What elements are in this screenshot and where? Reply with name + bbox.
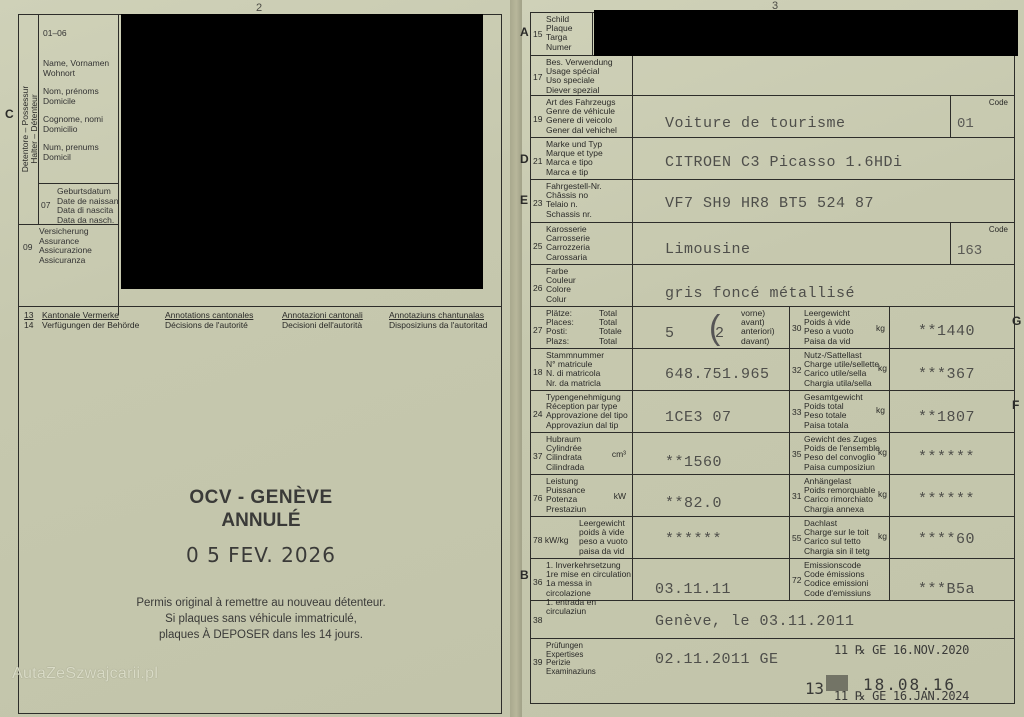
section-letter-c: C (5, 107, 14, 121)
field-07-birthdate: 07 Geburtsdatum Date de naissance Data d… (39, 185, 119, 225)
type-approval-value: 1CE3 07 (665, 409, 732, 426)
inspection-first-value: 02.11.2011 GE (655, 651, 779, 668)
cancellation-stamp-status: ANNULÉ (19, 510, 503, 532)
row-type-approval-total-weight: 24 TypengenehmigungRéception par typeApp… (531, 391, 1014, 433)
row-chassis: 23 Fahrgestell-Nr.Châssis noTelaio n.Sch… (531, 180, 1014, 223)
power-value: **82.0 (665, 495, 722, 512)
place-date-value: Genève, le 03.11.2011 (655, 613, 855, 630)
left-page: 2 Detentore – Possessur Halter – Détente… (0, 0, 515, 717)
towable-value: ****** (918, 491, 975, 508)
side-letter-d: D (520, 152, 529, 166)
row-color: 26 FarbeCouleurColoreColur gris foncé mé… (531, 265, 1014, 307)
first-registration-value: 03.11.11 (655, 581, 731, 598)
train-weight-value: ****** (918, 449, 975, 466)
body-code: 163 (957, 243, 982, 259)
inspection-stamp-prefix: 13 (805, 679, 824, 698)
body-value: Limousine (665, 241, 751, 258)
row-power-towable: 76 LeistungPuissancePotenzaPrestaziun kW… (531, 475, 1014, 517)
cancellation-stamp-note: Permis original à remettre au nouveau dé… (19, 595, 503, 643)
field-09-insurance: 09 Versicherung Assurance Assicurazione … (19, 225, 119, 315)
inspection-stamp-2020: 11 ℞ GE 16.NOV.2020 (834, 643, 969, 657)
row-make-model: 21 Marke und TypMarque et typeMarca e ti… (531, 138, 1014, 180)
chassis-value: VF7 SH9 HR8 BT5 524 87 (665, 195, 874, 212)
total-weight-value: **1807 (918, 409, 975, 426)
vehicle-type-value: Voiture de tourisme (665, 115, 846, 132)
make-model-value: CITROEN C3 Picasso 1.6HDi (665, 154, 903, 171)
holder-vertical-label: Detentore – Possessur Halter – Détenteur (19, 15, 39, 225)
field-01-06-number: 01–06 (43, 29, 67, 39)
side-letter-e: E (520, 193, 528, 207)
emission-code-value: ***B5a (918, 581, 975, 598)
side-letter-a: A (520, 25, 529, 39)
row-special-use: 17 Bes. VerwendungUsage spécialUso speci… (531, 56, 1014, 96)
power-weight-value: ****** (665, 531, 722, 548)
holder-section: Detentore – Possessur Halter – Détenteur… (19, 15, 119, 225)
side-letter-b: B (520, 568, 529, 582)
payload-value: ***367 (918, 366, 975, 383)
vehicle-type-code: 01 (957, 116, 974, 132)
inspection-stamp-2024: 11 ℞ GE 16.JAN.2024 (834, 689, 969, 703)
seats-front-value: 2 (715, 325, 725, 342)
holder-label-de-fr: Halter – Détenteur (30, 54, 39, 204)
watermark: AutaZeSzwajcarii.pl (12, 665, 158, 683)
seats-total-value: 5 (665, 325, 675, 342)
redacted-holder-data (121, 14, 483, 289)
row-power-weight-roof-load: 78 kW/kg Leergewichtpoids à videpeso a v… (531, 517, 1014, 559)
page-number-left: 2 (256, 2, 262, 14)
roof-load-value: ****60 (918, 531, 975, 548)
row-seats-empty-weight: 27 Plätze:Places:Posti:Plazs: TotalTotal… (531, 307, 1014, 349)
row-first-registration-emission: 36 1. Inverkehrsetzung1re mise en circul… (531, 559, 1014, 601)
vehicle-data-table: 15 SchildPlaqueTargaNumer 17 Bes. Verwen… (530, 12, 1015, 704)
color-value: gris foncé métallisé (665, 285, 855, 302)
cancellation-stamp-title: OCV - GENÈVE (19, 487, 503, 509)
row-inspections: 39 PrüfungenExpertisesPerizieExaminaziun… (531, 639, 1014, 705)
redacted-plate (594, 10, 1018, 56)
matricule-value: 648.751.965 (665, 366, 770, 383)
field-01-06-labels: Name, Vornamen Wohnort Nom, prénoms Domi… (43, 59, 109, 162)
row-body: 25 KarosserieCarrosserieCarrozzeriaCaros… (531, 223, 1014, 265)
row-place-date: 38 Genève, le 03.11.2011 (531, 601, 1014, 639)
row-matricule-payload: 18 StammnummerN° matriculeN. di matricol… (531, 349, 1014, 391)
displacement-value: **1560 (665, 454, 722, 471)
empty-weight-value: **1440 (918, 323, 975, 340)
cancellation-stamp-date: 0 5 FEV. 2026 (19, 543, 503, 567)
row-vehicle-type: 19 Art des FahrzeugsGenre de véhiculeGen… (531, 96, 1014, 138)
row-displacement-train-weight: 37 HubraumCylindréeCilindrataCilindrada … (531, 433, 1014, 475)
